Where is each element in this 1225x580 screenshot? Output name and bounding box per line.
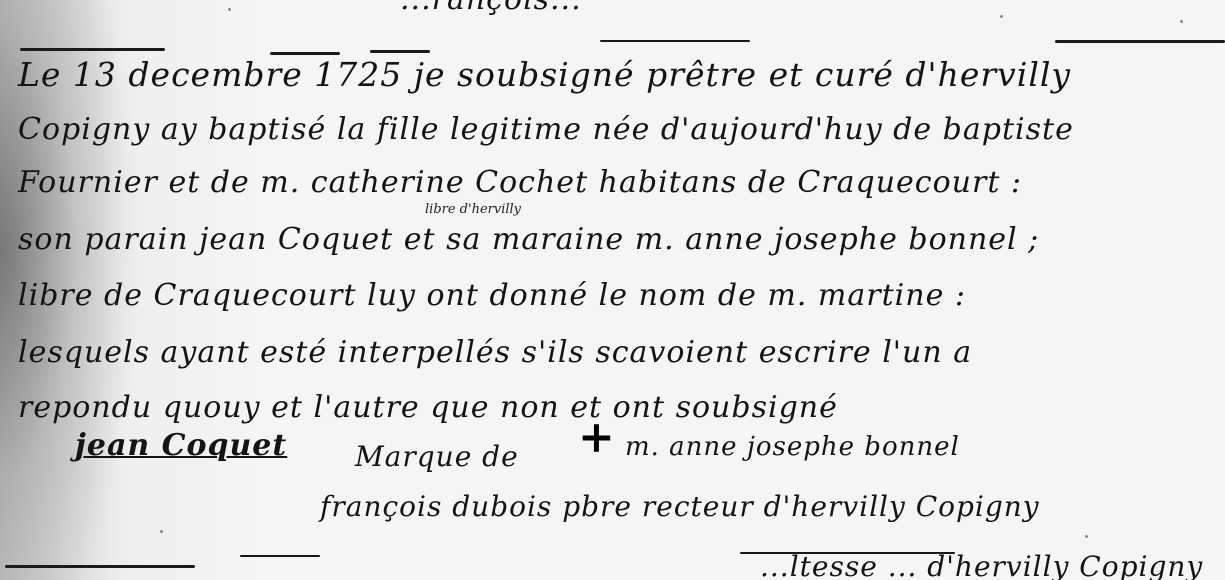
scanned-register-page: ...rançois... Le 13 decembre 1725 je sou… [0,0,1225,580]
next-entry-fragment: ...ltesse ... d'hervilly Copigny [760,550,1203,580]
entry-line-7: repondu quouy et l'autre que non et ont … [18,390,838,425]
scan-speck [228,8,231,11]
separator-rule [20,48,165,51]
godmother-cross-mark: + [578,412,615,463]
interlinear-note: libre d'hervilly [425,202,521,217]
scan-speck [1085,535,1088,538]
scan-speck [1180,20,1183,23]
signature-priest: françois dubois pbre recteur d'hervilly … [320,490,1040,523]
entry-line-3: Fournier et de m. catherine Cochet habit… [18,165,1022,200]
signature-godmother: m. anne josephe bonnel [625,432,960,462]
separator-rule [1055,40,1225,43]
previous-entry-fragment: ...rançois... [400,0,582,17]
separator-rule [370,50,430,53]
entry-line-1: Le 13 decembre 1725 je soubsigné prêtre … [18,55,1071,94]
entry-line-5: libre de Craquecourt luy ont donné le no… [18,278,966,313]
scan-speck [160,530,163,533]
entry-line-6: lesquels ayant esté interpellés s'ils sc… [18,335,972,370]
entry-line-4: son parain jean Coquet et sa maraine m. … [18,222,1039,257]
separator-rule [5,565,195,568]
entry-line-2: Copigny ay baptisé la fille legitime née… [18,112,1074,147]
scan-speck [1000,15,1003,18]
signature-godfather: jean Coquet [75,428,287,463]
separator-rule [240,555,320,557]
separator-rule [600,40,750,42]
signature-marque: Marque de [355,440,519,473]
